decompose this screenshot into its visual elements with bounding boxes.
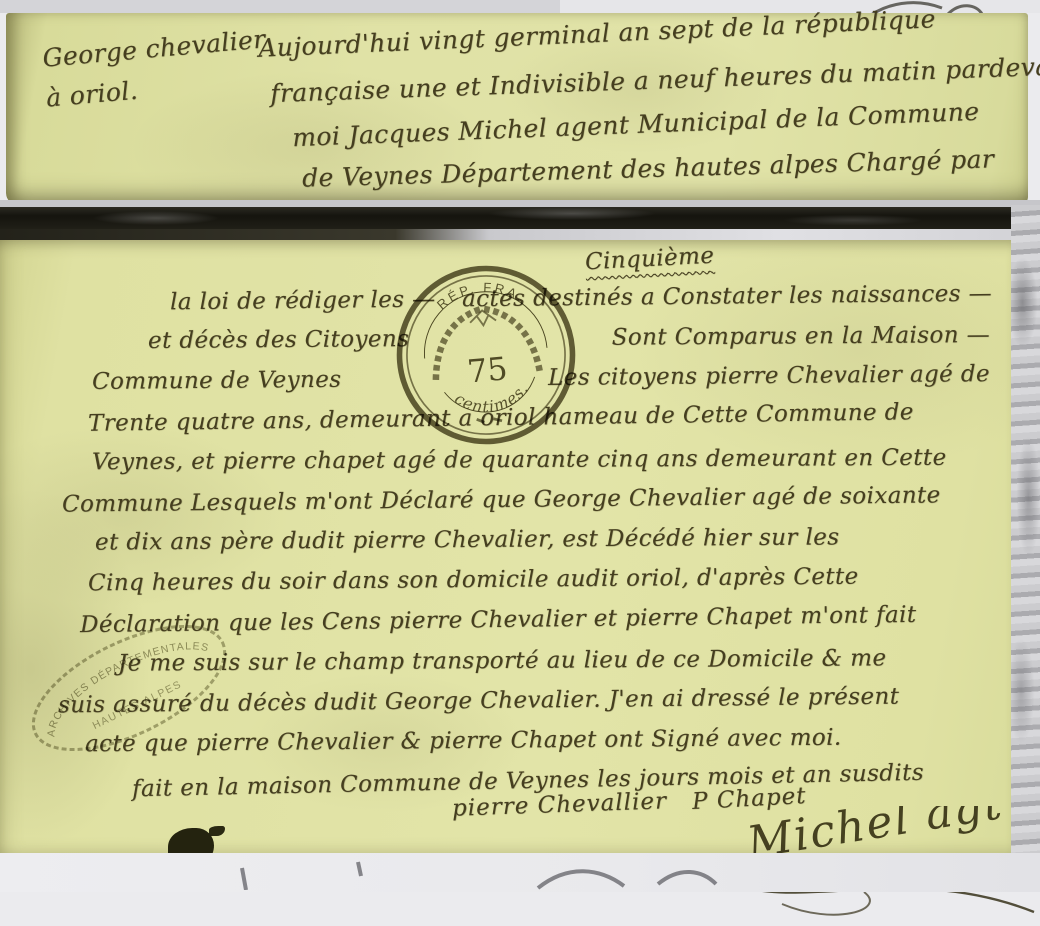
archive-stamp-line2: HAUTES-ALPES (91, 678, 184, 732)
scanner-shadow-top-left (0, 0, 560, 13)
document-scan: George chevalier à oriol. Aujourd'hui vi… (0, 0, 1040, 892)
margin-note: George chevalier à oriol. (41, 19, 271, 118)
main-page: Cinquième la loi de rédiger les — actes … (0, 240, 1012, 853)
entry-line: Commune Lesquels m'ont Déclaré que Georg… (62, 482, 941, 517)
cropped-ink-marks-bottom (228, 858, 828, 890)
entry-line: et dix ans père dudit pierre Chevalier, … (95, 524, 840, 555)
entry-line: de Veynes Département des hautes alpes C… (302, 144, 995, 192)
page-edge-highlight (0, 229, 1040, 240)
entry-line-right: Les citoyens pierre Chevalier agé de (548, 361, 990, 391)
revenue-stamp: RÉP. FRA. 75 centimes. (393, 262, 579, 448)
stamp-bottom-marks (477, 417, 502, 423)
crumpled-page-edge (1011, 205, 1040, 853)
entry-line: Aujourd'hui vingt germinal an sept de la… (258, 4, 937, 63)
upper-page-fragment: George chevalier à oriol. Aujourd'hui vi… (6, 13, 1028, 205)
laurel-sprig-top (469, 309, 496, 326)
act-number-heading: Cinquième (584, 243, 714, 276)
entry-line: la loi de rédiger les — actes destinés a… (170, 281, 992, 316)
ink-mark-path (242, 862, 716, 890)
entry-line-left: et décès des Citoyens (148, 326, 409, 354)
entry-line: Veynes, et pierre chapet agé de quarante… (92, 445, 947, 475)
entry-line: Cinq heures du soir dans son domicile au… (88, 564, 859, 597)
archive-stamp: ARCHIVES DÉPARTEMENTALES HAUTES-ALPES (14, 608, 244, 768)
entry-line-left: Commune de Veynes (92, 367, 342, 395)
stamp-value: 75 (466, 351, 509, 390)
entry-line-right: Sont Comparus en la Maison — (612, 322, 990, 351)
archive-stamp-border (15, 608, 242, 768)
entry-line: moi Jacques Michel agent Municipal de la… (292, 97, 980, 152)
page-fold-shadow (0, 207, 1040, 229)
